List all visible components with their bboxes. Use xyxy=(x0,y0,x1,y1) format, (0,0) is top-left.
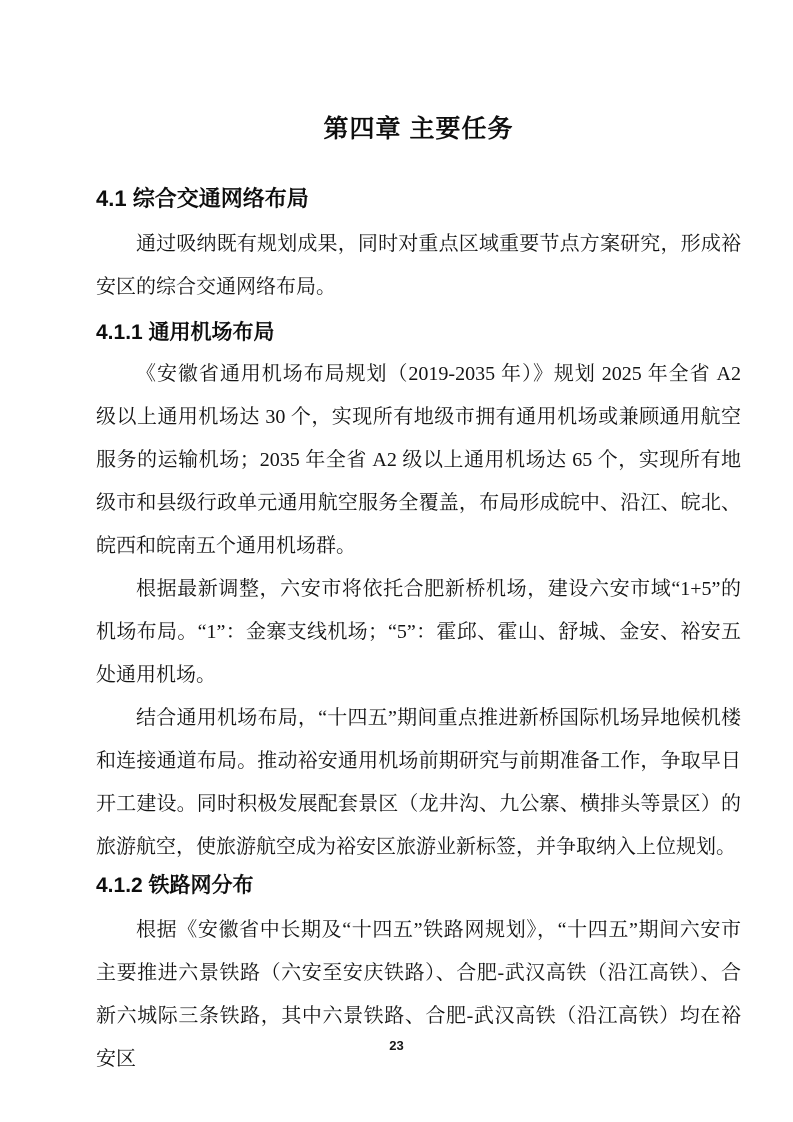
page-number: 23 xyxy=(389,1038,403,1053)
section-4-1-paragraph: 通过吸纳既有规划成果，同时对重点区域重要节点方案研究，形成裕安区的综合交通网络布… xyxy=(96,223,741,309)
section-4-1-1-paragraph-2: 根据最新调整，六安市将依托合肥新桥机场，建设六安市域“1+5”的机场布局。“1”… xyxy=(96,568,741,697)
document-page: 第四章 主要任务 4.1 综合交通网络布局 通过吸纳既有规划成果，同时对重点区域… xyxy=(0,0,793,1122)
section-4-1-2-heading: 4.1.2 铁路网分布 xyxy=(96,871,741,900)
section-4-1-heading: 4.1 综合交通网络布局 xyxy=(96,184,741,214)
page-footer: 23 xyxy=(0,1037,793,1055)
section-4-1-1-paragraph-1: 《安徽省通用机场布局规划（2019-2035 年）》规划 2025 年全省 A2… xyxy=(96,353,741,568)
section-4-1-1-heading: 4.1.1 通用机场布局 xyxy=(96,318,741,347)
section-4-1-1-paragraph-3: 结合通用机场布局，“十四五”期间重点推进新桥国际机场异地候机楼和连接通道布局。推… xyxy=(96,697,741,869)
section-4-1-2-paragraph-1: 根据《安徽省中长期及“十四五”铁路网规划》，“十四五”期间六安市主要推进六景铁路… xyxy=(96,909,741,1081)
chapter-title: 第四章 主要任务 xyxy=(96,111,741,147)
